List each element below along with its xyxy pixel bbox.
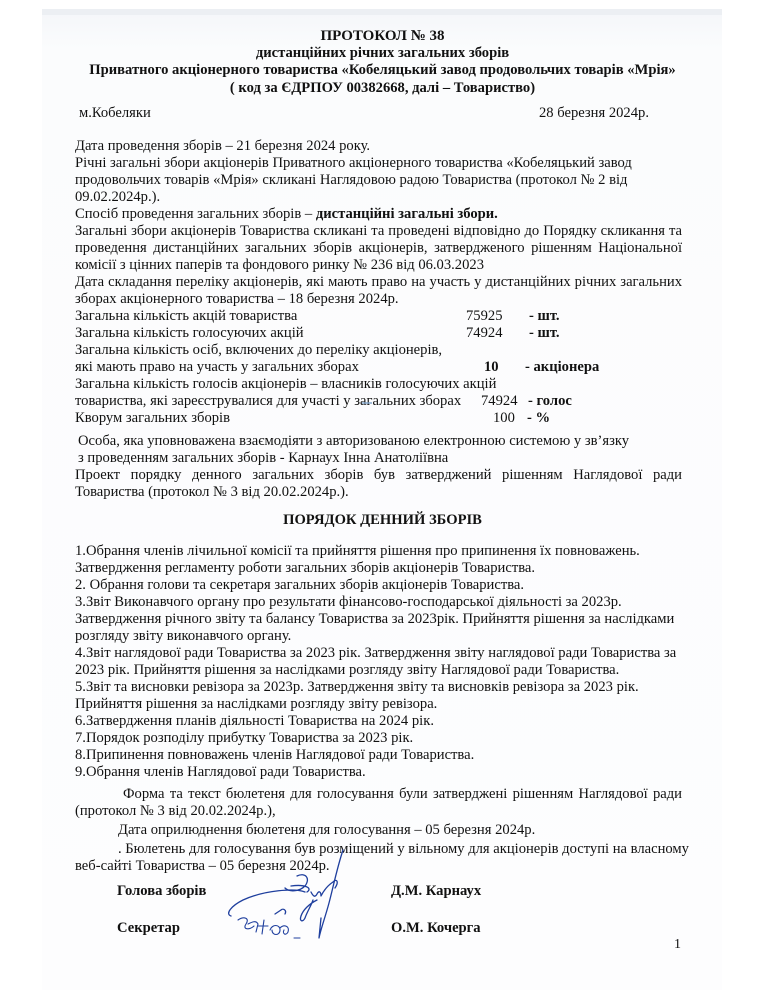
secretary-signature-icon	[236, 912, 316, 944]
stat-value-quorum: 100	[493, 410, 515, 427]
ink-mark	[362, 402, 372, 404]
agenda-line: 5.Звіт та висновки ревізора за 2023р. За…	[75, 679, 639, 696]
page-number: 1	[674, 937, 681, 953]
authorized-person-line-2: з проведенням загальних зборів - Карнаух…	[78, 450, 448, 467]
stat-unit-votes: - голос	[528, 393, 572, 410]
stat-value-voting-shares: 74924	[466, 325, 502, 342]
document-subtitle-2: Приватного акціонерного товариства «Кобе…	[0, 62, 765, 79]
meeting-method-label: Спосіб проведення загальних зборів –	[75, 206, 316, 222]
stat-unit-voting-shares: - шт.	[529, 325, 560, 342]
city: м.Кобеляки	[79, 105, 151, 122]
convened-line-2: продовольчих товарів «Мрія» скликані Наг…	[75, 172, 627, 189]
agenda-line: 2023 рік. Прийняття рішення за наслідкам…	[75, 662, 619, 679]
list-date-line-1: Дата складання переліку акціонерів, які …	[75, 274, 682, 291]
stat-label-voting-shares: Загальна кількість голосуючих акцій	[75, 325, 304, 342]
stat-value-total-shares: 75925	[466, 308, 502, 325]
agenda-line: 9.Обрання членів Наглядової ради Товарис…	[75, 764, 366, 781]
meeting-date: Дата проведення зборів – 21 березня 2024…	[75, 138, 370, 155]
agenda-line: 7.Порядок розподілу прибутку Товариства …	[75, 730, 413, 747]
stat-label-persons: які мають право на участь у загальних зб…	[75, 359, 359, 376]
list-date-line-2: зборах акціонерного товариства – 18 бере…	[75, 291, 399, 308]
agenda-line: Прийняття рішення за наслідками розгляду…	[75, 696, 437, 713]
agenda-approval-line-2: Товариства (протокол № 3 від 20.02.2024р…	[75, 484, 349, 501]
agenda-heading: ПОРЯДОК ДЕННИЙ ЗБОРІВ	[0, 512, 765, 529]
document-subtitle-3: ( код за ЄДРПОУ 00382668, далі – Товарис…	[0, 80, 765, 97]
ballot-publish-date: Дата оприлюднення бюлетеня для голосуван…	[118, 822, 535, 839]
agenda-line: 3.Звіт Виконавчого органу про результати…	[75, 594, 622, 611]
stat-label-persons-line-1: Загальна кількість осіб, включених до пе…	[75, 342, 442, 359]
agenda-line: 4.Звіт наглядової ради Товариства за 202…	[75, 645, 676, 662]
agenda-line: Затвердження річного звіту та балансу То…	[75, 611, 674, 628]
agenda-line: розгляду звіту виконавчого органу.	[75, 628, 291, 645]
document-subtitle-1: дистанційних річних загальних зборів	[0, 45, 765, 62]
authorized-person-line-1: Особа, яка уповноважена взаємодіяти з ав…	[78, 433, 629, 450]
procedure-line-3: комісії з цінних паперів та фондового ри…	[75, 257, 484, 274]
document-date: 28 березня 2024р.	[539, 105, 649, 122]
agenda-line: 8.Припинення повноважень членів Наглядов…	[75, 747, 474, 764]
stat-value-persons: 10	[484, 359, 499, 376]
procedure-line-1: Загальні збори акціонерів Товариства скл…	[75, 223, 682, 240]
stat-label-votes-line-1: Загальна кількість голосів акціонерів – …	[75, 376, 496, 393]
agenda-line: 6.Затвердження планів діяльності Товарис…	[75, 713, 434, 730]
agenda-line: 2. Обрання голови та секретаря загальних…	[75, 577, 524, 594]
stat-value-votes: 74924	[481, 393, 517, 410]
chair-role: Голова зборів	[117, 883, 206, 900]
stat-unit-total-shares: - шт.	[529, 308, 560, 325]
convened-line-1: Річні загальні збори акціонерів Приватно…	[75, 155, 632, 172]
secretary-role: Секретар	[117, 920, 180, 937]
agenda-line: Затвердження регламенту роботи загальних…	[75, 560, 535, 577]
stat-label-total-shares: Загальна кількість акцій товариства	[75, 308, 297, 325]
agenda-approval-line-1: Проект порядку денного загальних зборів …	[75, 467, 682, 484]
agenda-line: 1.Обрання членів лічильної комісії та пр…	[75, 543, 640, 560]
convened-line-3: 09.02.2024р.).	[75, 189, 160, 206]
meeting-method-value: дистанційні загальні збори.	[316, 206, 498, 222]
stat-label-votes: товариства, які зареєструвалися для учас…	[75, 393, 461, 410]
stat-label-quorum: Кворум загальних зборів	[75, 410, 230, 427]
ballot-form-line-1: Форма та текст бюлетеня для голосування …	[123, 786, 682, 803]
stat-unit-persons: - акціонера	[525, 359, 599, 376]
ballot-placement-line-1: . Бюлетень для голосування був розміщени…	[118, 841, 689, 858]
stat-unit-quorum: - %	[527, 410, 550, 427]
secretary-name: О.М. Кочерга	[391, 920, 481, 937]
ballot-form-line-2: (протокол № 3 від 20.02.2024р.),	[75, 803, 276, 820]
document-title: ПРОТОКОЛ № 38	[0, 28, 765, 45]
chair-name: Д.М. Карнаух	[391, 883, 481, 900]
procedure-line-2: проведення дистанційних загальних зборів…	[75, 240, 682, 257]
meeting-method: Спосіб проведення загальних зборів – дис…	[75, 206, 498, 223]
